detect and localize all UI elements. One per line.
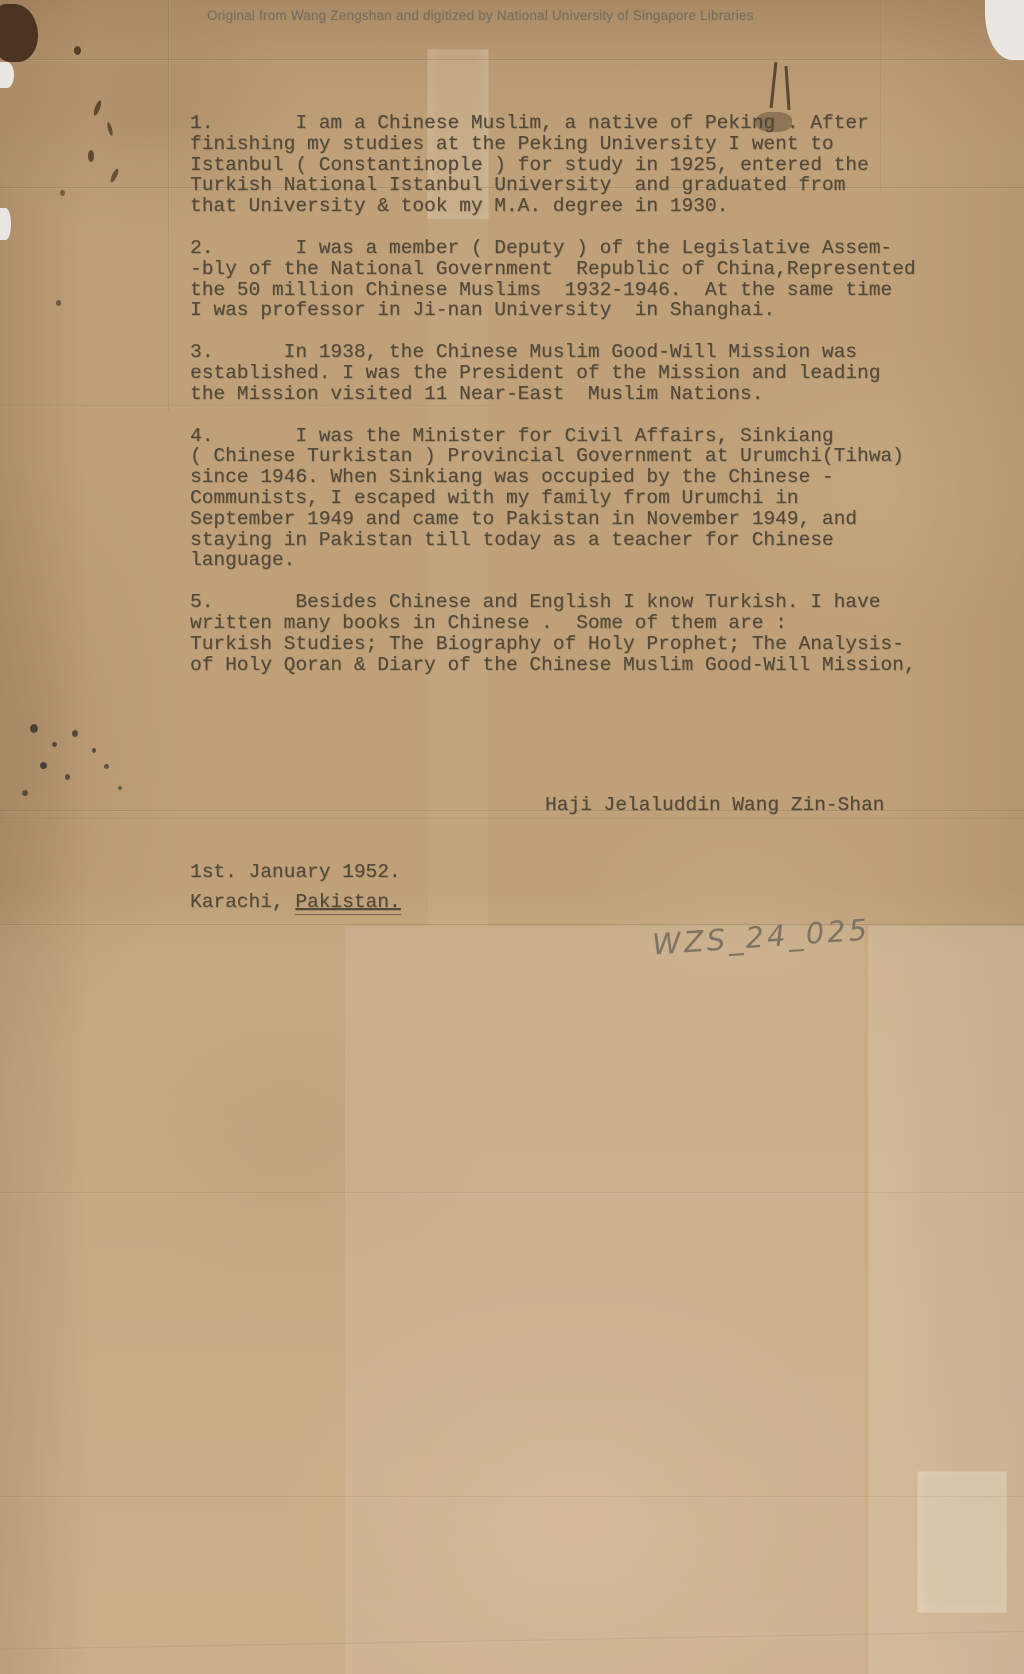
ink-spatter <box>104 764 109 769</box>
stain-speck <box>74 46 81 55</box>
edge-chip-left <box>0 62 14 88</box>
fold-crease <box>0 1496 1024 1498</box>
stain-top-left-corner <box>0 4 38 62</box>
paragraph-2: 2. I was a member ( Deputy ) of the Legi… <box>190 238 980 321</box>
signature-line: Haji Jelaluddin Wang Zin-Shan <box>545 794 884 816</box>
digitization-credit: Original from Wang Zengshan and digitize… <box>207 8 754 23</box>
stain-squiggle <box>109 168 120 184</box>
scanned-document-page: Original from Wang Zengshan and digitize… <box>0 0 1024 1674</box>
paragraph-3: 3. In 1938, the Chinese Muslim Good-Will… <box>190 342 980 404</box>
fold-crease <box>0 59 1024 61</box>
lower-light-band <box>345 926 865 1674</box>
torn-corner-top-right <box>985 0 1024 60</box>
edge-chip-left <box>0 208 11 240</box>
stain-squiggle <box>92 100 102 117</box>
lower-right-light-band <box>868 926 1024 1674</box>
ink-spatter <box>40 762 47 769</box>
pen-stroke <box>770 62 778 108</box>
place-country-underlined: Pakistan. <box>295 891 400 915</box>
stain-speck <box>60 190 65 196</box>
typed-text-block: 1. I am a Chinese Muslim, a native of Pe… <box>190 113 980 696</box>
stain-squiggle <box>88 150 94 162</box>
fold-crease <box>0 924 1024 926</box>
vertical-fold-crease <box>168 0 170 410</box>
paragraph-1: 1. I am a Chinese Muslim, a native of Pe… <box>190 113 980 217</box>
ink-spatter <box>52 742 57 747</box>
pen-stroke <box>784 66 790 110</box>
ink-spatter <box>22 790 28 796</box>
fold-crease <box>0 818 1024 820</box>
date-line: 1st. January 1952. <box>190 861 401 883</box>
ink-spatter <box>72 730 78 737</box>
ink-spatter <box>118 786 122 790</box>
ink-spatter <box>30 724 38 733</box>
fold-crease <box>0 1631 1024 1651</box>
place-line: Karachi, Pakistan. <box>190 891 401 913</box>
paragraph-4: 4. I was the Minister for Civil Affairs,… <box>190 426 980 572</box>
tape-patch-bottom-right <box>918 1472 1006 1612</box>
ink-spatter <box>92 748 96 753</box>
fold-crease <box>0 1192 1024 1194</box>
place-city: Karachi, <box>190 891 295 913</box>
handwritten-catalog-code: WZS_24_025 <box>651 912 871 961</box>
paragraph-5: 5. Besides Chinese and English I know Tu… <box>190 592 980 675</box>
stain-squiggle <box>106 122 113 137</box>
ink-spatter <box>65 774 70 780</box>
ink-dot <box>56 300 61 306</box>
